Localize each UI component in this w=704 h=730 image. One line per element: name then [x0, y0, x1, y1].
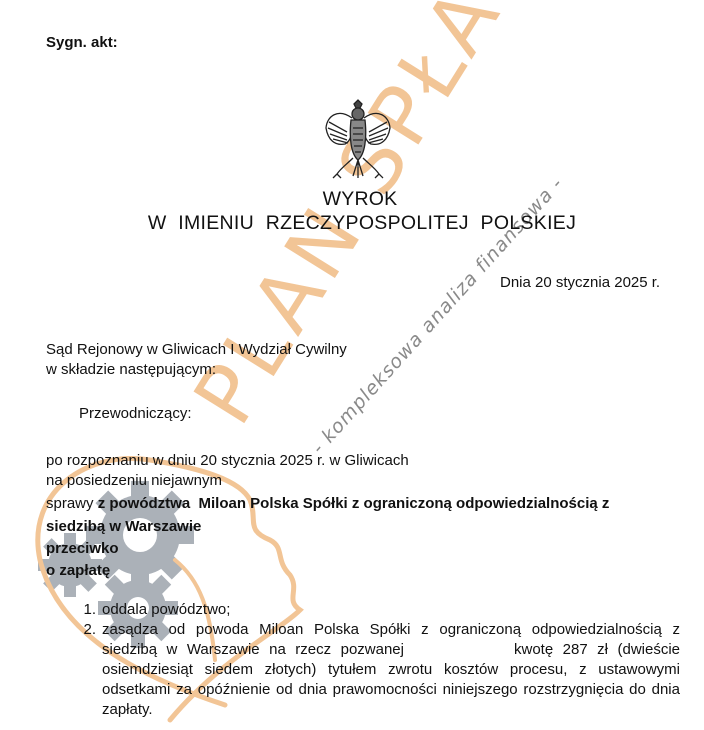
case-prefix: sprawy	[46, 495, 98, 512]
case-parties-line: sprawy z powództwa Miloan Polska Spółki …	[46, 494, 609, 514]
ruling-item: 1. oddala powództwo;	[66, 600, 680, 620]
court-composition-label: w składzie następującym:	[46, 360, 216, 380]
document-content: Sygn. akt: WYROK W IMIENIU RZECZYPOSPOLI…	[0, 0, 704, 730]
polish-eagle-emblem-icon	[323, 98, 393, 180]
judgment-title: WYROK	[0, 188, 704, 211]
case-subject: o zapłatę	[46, 561, 110, 581]
court-name: Sąd Rejonowy w Gliwicach I Wydział Cywil…	[46, 340, 347, 360]
hearing-date-line: po rozpoznaniu w dniu 20 stycznia 2025 r…	[46, 451, 409, 471]
judgment-date: Dnia 20 stycznia 2025 r.	[500, 273, 660, 293]
plaintiff-seat: siedzibą w Warszawie	[46, 517, 201, 537]
court-judgment-page: PLAN SPŁATY - kompleksowa analiza finans…	[0, 0, 704, 730]
ruling-text: zasądza od powoda Miloan Polska Spółki z…	[102, 620, 680, 720]
plaintiff-name: z powództwa Miloan Polska Spółki z ogran…	[98, 495, 610, 512]
ruling-number: 1.	[66, 600, 102, 620]
hearing-type-line: na posiedzeniu niejawnym	[46, 471, 222, 491]
against-label: przeciwko	[46, 539, 119, 559]
ruling-number: 2.	[66, 620, 102, 720]
judgment-subtitle: W IMIENIU RZECZYPOSPOLITEJ POLSKIEJ	[0, 212, 704, 235]
rulings-list: 1. oddala powództwo; 2. zasądza od powod…	[66, 600, 680, 720]
ruling-item: 2. zasądza od powoda Miloan Polska Spółk…	[66, 620, 680, 720]
presiding-judge-label: Przewodniczący:	[79, 404, 192, 424]
case-signature-label: Sygn. akt:	[46, 34, 118, 51]
ruling-text: oddala powództwo;	[102, 600, 680, 620]
